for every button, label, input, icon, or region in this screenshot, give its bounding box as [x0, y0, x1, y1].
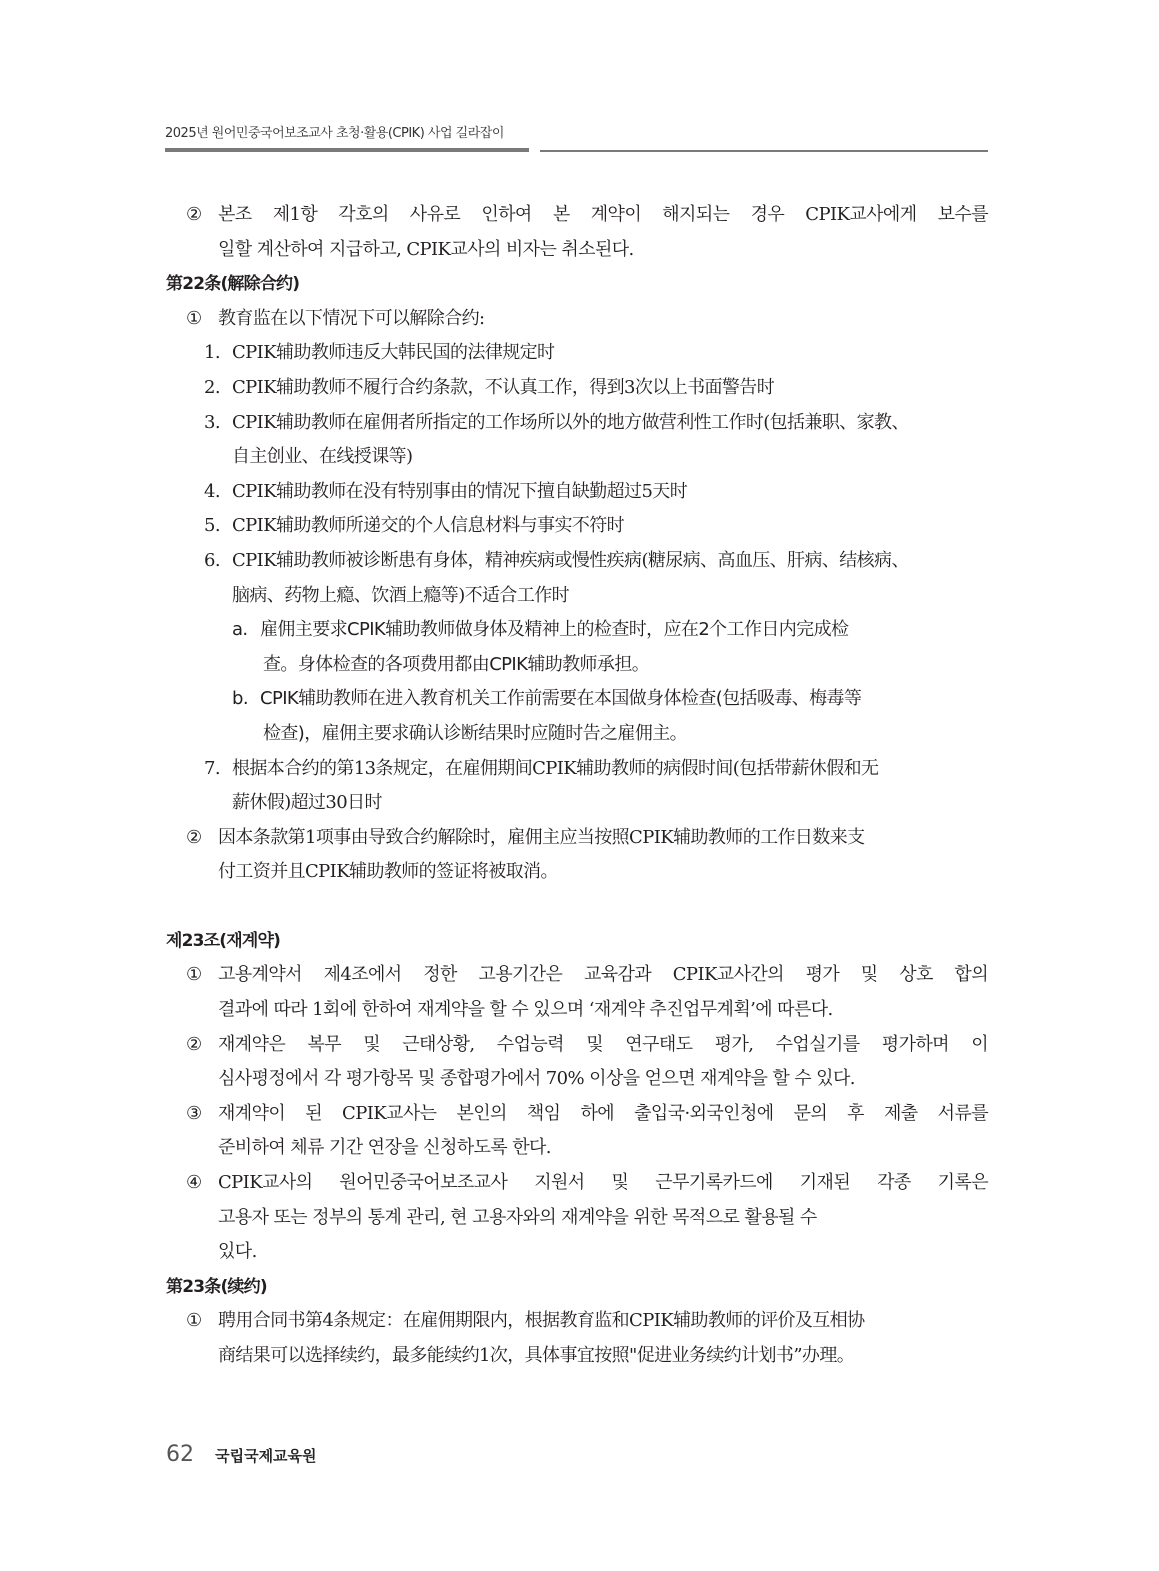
page-number: 62 — [166, 1442, 194, 1467]
clause-marker: ① — [186, 302, 218, 337]
clause-23-3: ③재계약이 된 CPIK교사는 본인의 책임 하에 출입국·외국인청에 문의 후… — [166, 1097, 988, 1166]
section-gap — [166, 890, 988, 924]
clause-marker: ② — [186, 821, 218, 856]
list-item-7: 7.根据本合约的第13条规定，在雇佣期间CPIK辅助教师的病假时间(包括带薪休假… — [166, 752, 988, 821]
running-header: 2025년 원어민중국어보조교사 초청·활용(CPIK) 사업 길라잡이 — [165, 122, 988, 141]
list-item-2: 2.CPIK辅助教师不履行合约条款，不认真工作，得到3次以上书面警告时 — [166, 371, 988, 406]
clause-prev-2: ②본조 제1항 각호의 사유로 인하여 본 계약이 해지되는 경우 CPIK교사… — [166, 198, 988, 267]
list-item-6: 6.CPIK辅助教师被诊断患有身体，精神疾病或慢性疾病(糖尿病、高血压、肝病、结… — [166, 544, 988, 613]
clause-text: 본조 제1항 각호의 사유로 인하여 본 계약이 해지되는 경우 CPIK교사에… — [218, 204, 988, 225]
clause-23-cn-1: ①聘用合同书第4条规定：在雇佣期限内，根据教育监和CPIK辅助教师的评价及互相协… — [166, 1304, 988, 1373]
sublist-item-a: a.雇佣主要求CPIK辅助教师做身体及精神上的检查时，应在2个工作日内完成检 查… — [166, 613, 988, 682]
clause-marker: ② — [186, 198, 218, 233]
article-heading-23-cn: 第23条(续约) — [166, 1270, 988, 1305]
clause-text: 教育监在以下情况下可以解除合约: — [218, 308, 484, 329]
sublist-item-b: b.CPIK辅助教师在进入教育机关工作前需要在本国做身体检查(包括吸毒、梅毒等 … — [166, 682, 988, 751]
article-heading-22-cn: 第22条(解除合约) — [166, 267, 988, 302]
page-footer: 62 국립국제교육원 — [166, 1442, 317, 1467]
article-heading-23-ko: 제23조(재계약) — [166, 924, 988, 959]
list-item-5: 5.CPIK辅助教师所递交的个人信息材料与事实不符时 — [166, 509, 988, 544]
organization-name: 국립국제교육원 — [215, 1447, 316, 1465]
clause-23-4: ④CPIK교사의 원어민중국어보조교사 지원서 및 근무기록카드에 기재된 각종… — [166, 1166, 988, 1270]
header-rule-thick — [165, 148, 529, 152]
clause-text-cont: 일할 계산하여 지급하고, CPIK교사의 비자는 취소된다. — [166, 233, 988, 268]
clause-23-2: ②재계약은 복무 및 근태상황, 수업능력 및 연구태도 평가, 수업실기를 평… — [166, 1028, 988, 1097]
header-title: 2025년 원어민중국어보조교사 초청·활용(CPIK) 사업 길라잡이 — [165, 122, 988, 141]
page-body: ②본조 제1항 각호의 사유로 인하여 본 계약이 해지되는 경우 CPIK교사… — [166, 198, 988, 1374]
header-rule-thin — [540, 150, 988, 152]
clause-22-2: ②因本条款第1项事由导致合约解除时，雇佣主应当按照CPIK辅助教师的工作日数来支… — [166, 821, 988, 890]
list-item-4: 4.CPIK辅助教师在没有特别事由的情况下擅自缺勤超过5天时 — [166, 475, 988, 510]
clause-22-1: ①教育监在以下情况下可以解除合约: — [166, 302, 988, 337]
list-item-1: 1.CPIK辅助教师违反大韩民国的法律规定时 — [166, 336, 988, 371]
clause-23-1: ①고용계약서 제4조에서 정한 고용기간은 교육감과 CPIK교사간의 평가 및… — [166, 958, 988, 1027]
list-item-3: 3.CPIK辅助教师在雇佣者所指定的工作场所以外的地方做营利性工作时(包括兼职、… — [166, 406, 988, 475]
